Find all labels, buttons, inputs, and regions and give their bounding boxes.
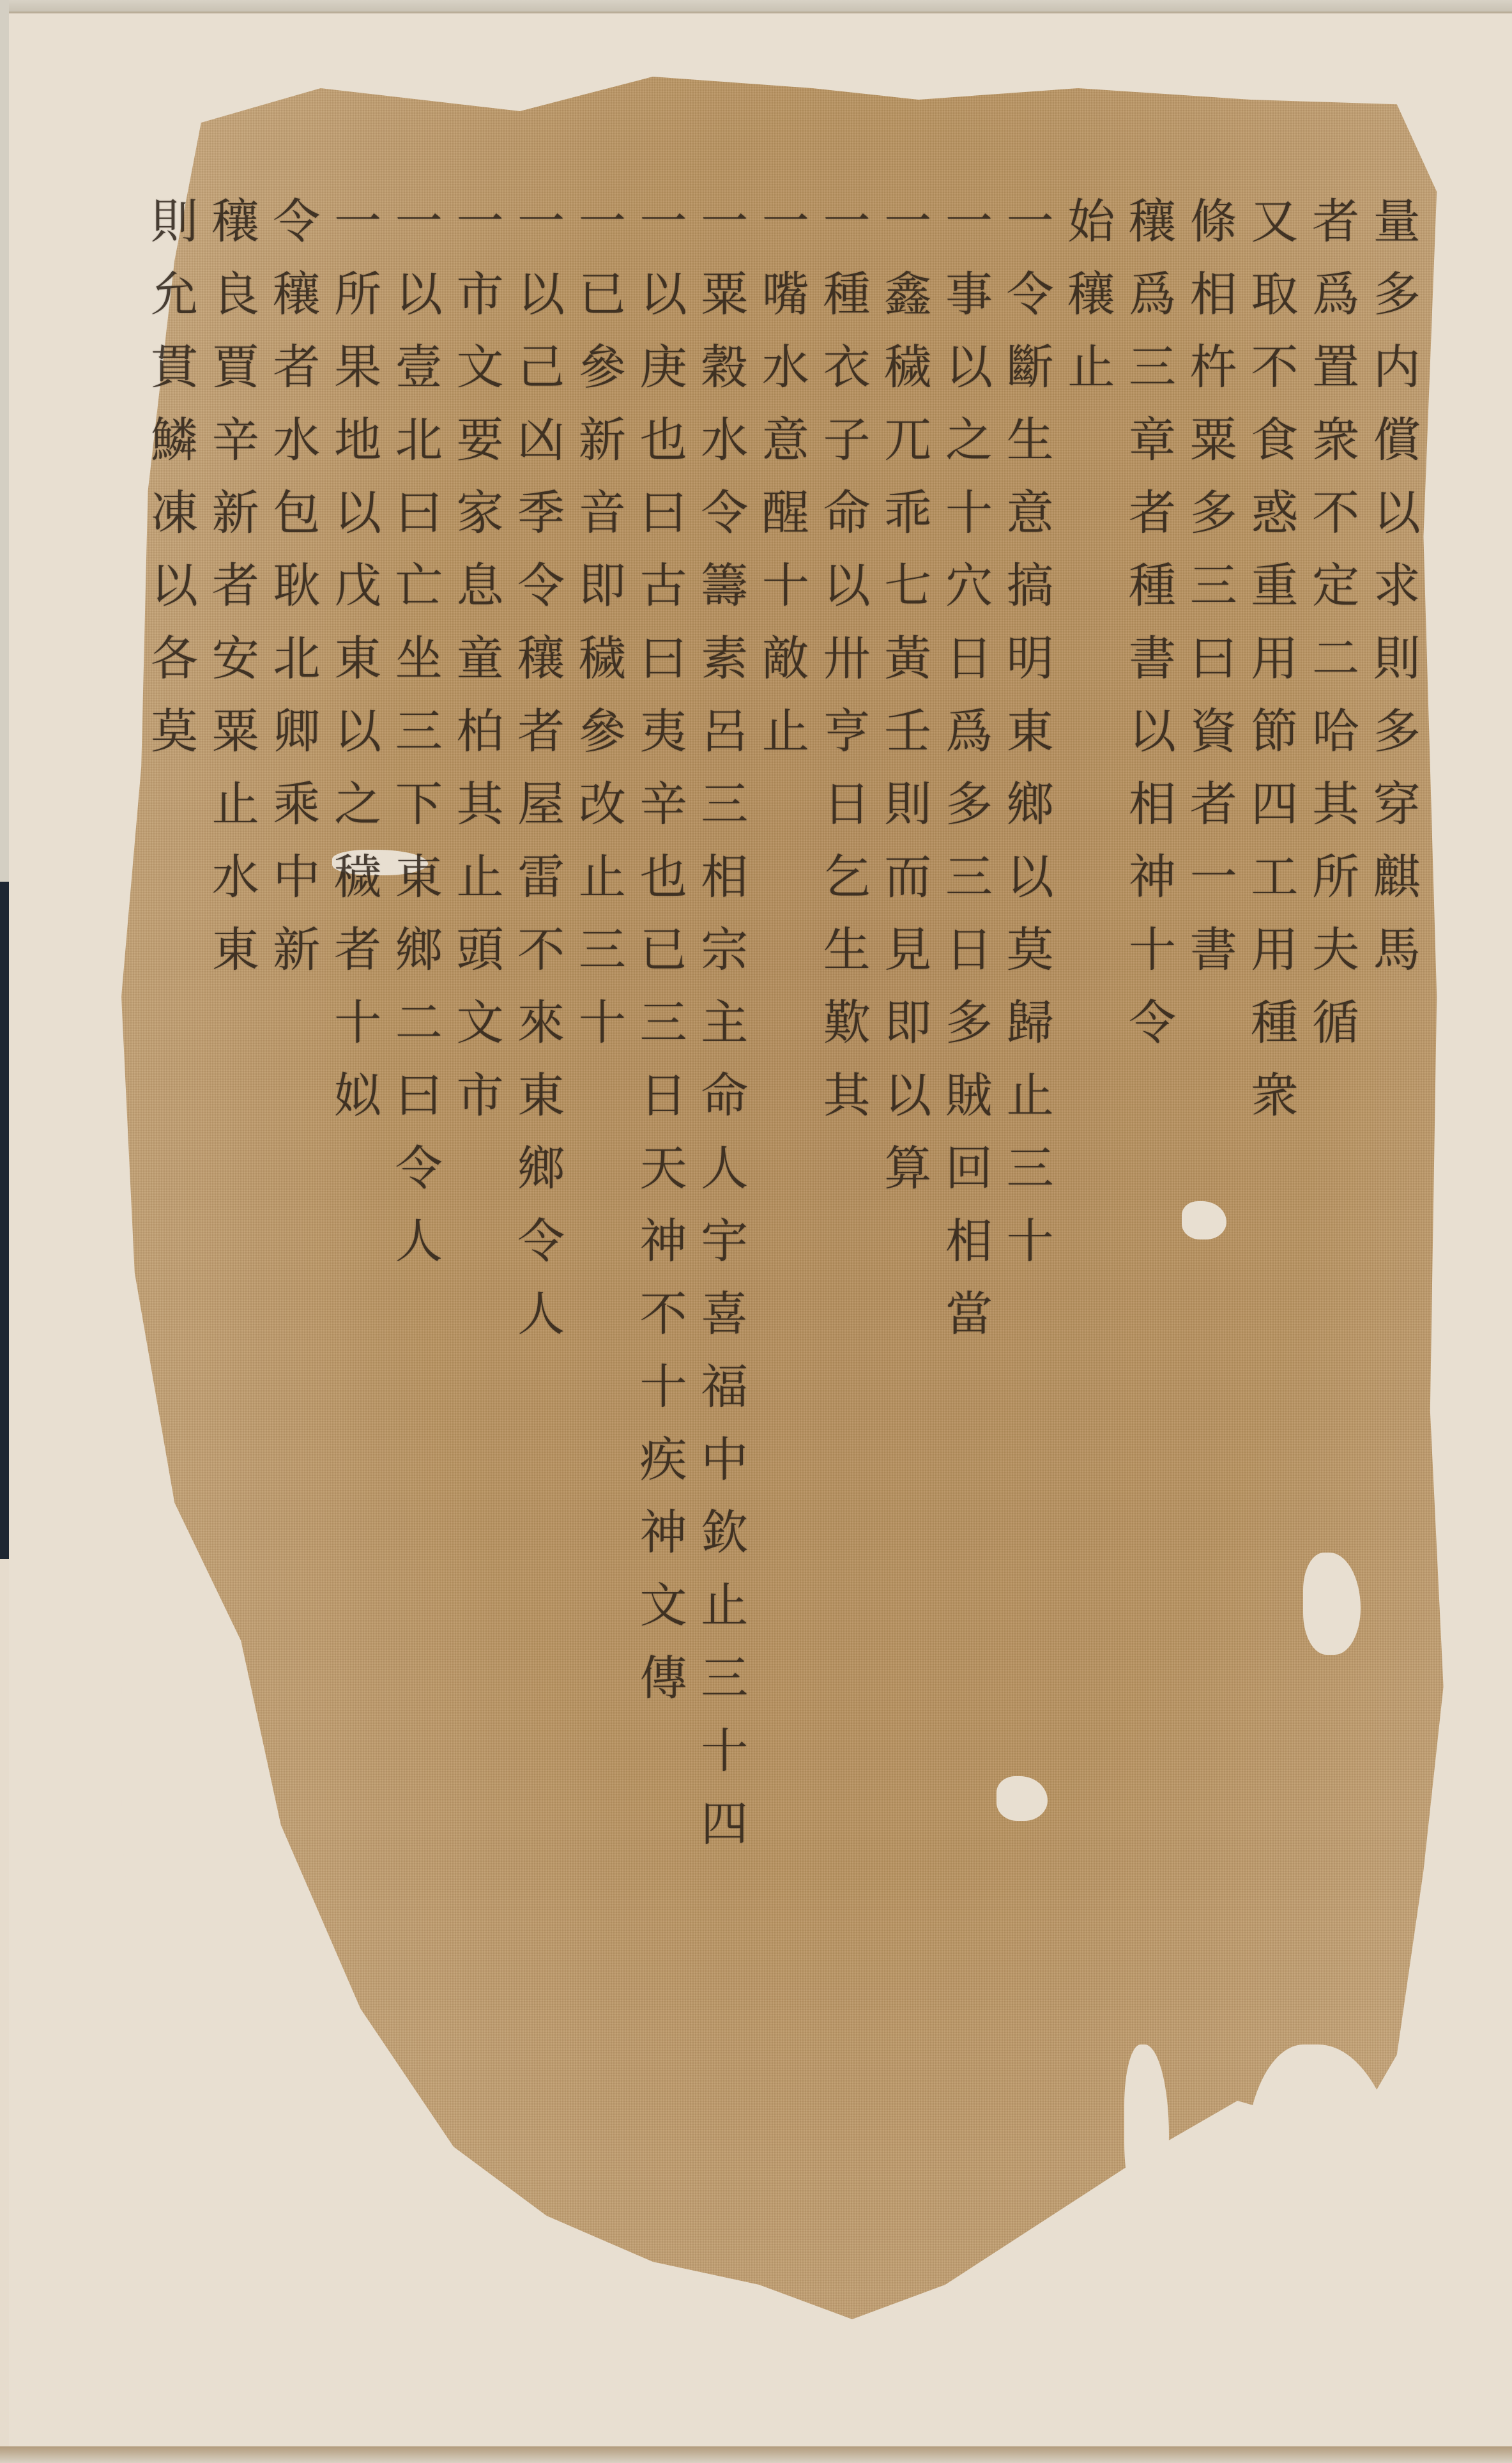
script-glyph: 黃 <box>884 622 931 695</box>
script-glyph: 一 <box>884 185 931 258</box>
script-glyph: 生 <box>823 914 871 986</box>
script-glyph: 頭 <box>456 914 503 986</box>
script-glyph: 已 <box>640 914 687 986</box>
frame-dark-strip <box>0 882 9 1559</box>
script-glyph: 以 <box>151 549 198 622</box>
script-glyph: 事 <box>945 258 993 331</box>
script-glyph: 十 <box>640 1351 687 1423</box>
script-glyph: 多 <box>945 986 993 1059</box>
script-glyph: 則 <box>1373 622 1421 695</box>
script-glyph: 文 <box>456 331 503 404</box>
script-glyph: 以 <box>945 331 993 404</box>
script-glyph: 亨 <box>823 695 871 768</box>
script-glyph: 穰 <box>1129 185 1176 258</box>
script-glyph: 卅 <box>823 622 871 695</box>
script-glyph: 凶 <box>517 404 565 477</box>
script-glyph: 參 <box>579 695 626 768</box>
script-glyph: 戊 <box>334 549 381 622</box>
text-column: 者爲置衆不定二哈其所夫循 <box>1308 185 1363 2345</box>
script-glyph: 止 <box>762 695 809 768</box>
script-glyph: 穀 <box>701 331 748 404</box>
script-glyph: 所 <box>1312 841 1359 914</box>
script-glyph: 十 <box>945 477 993 549</box>
text-column: 一粟穀水令籌素呂三相宗主命人宇喜福中欽止三十四 <box>697 185 752 2345</box>
script-glyph: 一 <box>762 185 809 258</box>
script-glyph: 以 <box>640 258 687 331</box>
script-glyph: 亡 <box>395 549 443 622</box>
script-glyph: 貫 <box>151 331 198 404</box>
script-glyph: 鑫 <box>884 258 931 331</box>
text-column: 條相杵粟多三曰資者一書 <box>1186 185 1241 2345</box>
script-glyph: 姒 <box>334 1059 381 1132</box>
text-column: 則允貫鱗凍以各莫 <box>147 185 202 2345</box>
script-glyph: 允 <box>151 258 198 331</box>
script-glyph: 以 <box>334 695 381 768</box>
script-glyph: 文 <box>640 1569 687 1642</box>
script-glyph: 來 <box>517 986 565 1059</box>
script-glyph: 醒 <box>762 477 809 549</box>
script-glyph: 東 <box>334 622 381 695</box>
script-glyph: 雷 <box>517 841 565 914</box>
script-glyph: 一 <box>579 185 626 258</box>
script-glyph: 水 <box>701 404 748 477</box>
script-glyph: 一 <box>640 185 687 258</box>
script-glyph: 神 <box>640 1496 687 1569</box>
script-glyph: 止 <box>701 1569 748 1642</box>
script-glyph: 十 <box>579 986 626 1059</box>
script-glyph: 止 <box>1067 331 1115 404</box>
script-glyph: 水 <box>762 331 809 404</box>
script-glyph: 爲 <box>1312 258 1359 331</box>
script-glyph: 子 <box>823 404 871 477</box>
script-glyph: 辛 <box>212 404 259 477</box>
script-glyph: 意 <box>762 404 809 477</box>
script-glyph: 家 <box>456 477 503 549</box>
script-glyph: 相 <box>701 841 748 914</box>
script-glyph: 日 <box>640 1059 687 1132</box>
script-glyph: 包 <box>273 477 320 549</box>
script-glyph: 又 <box>1251 185 1298 258</box>
text-column: 一以己凶季令穰者屋雷不來東鄉令人 <box>514 185 569 2345</box>
script-glyph: 嘴 <box>762 258 809 331</box>
script-glyph: 壬 <box>884 695 931 768</box>
script-glyph: 惑 <box>1251 477 1298 549</box>
script-glyph: 一 <box>1007 185 1054 258</box>
script-glyph: 鄉 <box>1007 768 1054 841</box>
script-glyph: 種 <box>1251 986 1298 1059</box>
script-glyph: 爲 <box>945 695 993 768</box>
script-glyph: 止 <box>579 841 626 914</box>
script-glyph: 粟 <box>701 258 748 331</box>
script-glyph: 多 <box>1190 477 1237 549</box>
script-glyph: 福 <box>701 1351 748 1423</box>
script-glyph: 穢 <box>884 331 931 404</box>
script-glyph: 也 <box>640 841 687 914</box>
script-glyph: 也 <box>640 404 687 477</box>
script-glyph: 穢 <box>579 622 626 695</box>
script-glyph: 良 <box>212 258 259 331</box>
text-column: 一以庚也曰古曰夷辛也已三日天神不十疾神文傳 <box>636 185 691 2345</box>
script-glyph: 三 <box>640 986 687 1059</box>
script-glyph: 食 <box>1251 404 1298 477</box>
script-glyph: 穴 <box>945 549 993 622</box>
script-glyph: 節 <box>1251 695 1298 768</box>
script-glyph: 斷 <box>1007 331 1054 404</box>
script-glyph: 水 <box>212 841 259 914</box>
script-glyph: 參 <box>579 331 626 404</box>
script-glyph: 童 <box>456 622 503 695</box>
script-glyph: 則 <box>884 768 931 841</box>
text-column: 始穰止 <box>1064 185 1119 2345</box>
script-glyph: 種 <box>823 258 871 331</box>
script-glyph: 明 <box>1007 622 1054 695</box>
script-glyph: 東 <box>1007 695 1054 768</box>
script-glyph: 一 <box>1190 841 1237 914</box>
script-glyph: 七 <box>884 549 931 622</box>
script-glyph: 新 <box>579 404 626 477</box>
script-glyph: 曰 <box>1190 622 1237 695</box>
text-column: 一鑫穢兀乖七黃壬則而見即以算 <box>880 185 935 2345</box>
script-glyph: 曰 <box>640 622 687 695</box>
script-glyph: 四 <box>1251 768 1298 841</box>
script-glyph: 令 <box>1129 986 1176 1059</box>
script-glyph: 籌 <box>701 549 748 622</box>
script-glyph: 令 <box>517 549 565 622</box>
script-glyph: 神 <box>1129 841 1176 914</box>
script-glyph: 歸 <box>1007 986 1054 1059</box>
script-glyph: 新 <box>212 477 259 549</box>
script-glyph: 定 <box>1312 549 1359 622</box>
script-glyph: 以 <box>1373 477 1421 549</box>
script-glyph: 天 <box>640 1132 687 1205</box>
script-glyph: 改 <box>579 768 626 841</box>
text-column: 一嘴水意醒十敵止 <box>758 185 813 2345</box>
script-glyph: 北 <box>273 622 320 695</box>
script-glyph: 穰 <box>212 185 259 258</box>
script-glyph: 用 <box>1251 622 1298 695</box>
script-glyph: 不 <box>517 914 565 986</box>
script-glyph: 粟 <box>1190 404 1237 477</box>
script-glyph: 莫 <box>1007 914 1054 986</box>
script-glyph: 即 <box>579 549 626 622</box>
script-glyph: 夫 <box>1312 914 1359 986</box>
script-glyph: 己 <box>517 331 565 404</box>
script-glyph: 坐 <box>395 622 443 695</box>
script-glyph: 人 <box>701 1132 748 1205</box>
script-glyph: 不 <box>640 1278 687 1351</box>
script-glyph: 曰 <box>395 477 443 549</box>
script-glyph: 北 <box>395 404 443 477</box>
script-glyph: 者 <box>212 549 259 622</box>
script-glyph: 之 <box>945 404 993 477</box>
script-glyph: 鄉 <box>517 1132 565 1205</box>
script-glyph: 神 <box>640 1205 687 1278</box>
script-glyph: 内 <box>1373 331 1421 404</box>
script-glyph: 書 <box>1190 914 1237 986</box>
script-glyph: 命 <box>701 1059 748 1132</box>
script-glyph: 相 <box>1190 258 1237 331</box>
script-glyph: 新 <box>273 914 320 986</box>
script-glyph: 人 <box>517 1278 565 1351</box>
text-column: 一事以之十穴日爲多三日多賊回相當 <box>942 185 997 2345</box>
text-column: 量多内償以求則多穿麒馬 <box>1370 185 1424 2345</box>
script-glyph: 主 <box>701 986 748 1059</box>
script-glyph: 三 <box>945 841 993 914</box>
script-glyph: 庚 <box>640 331 687 404</box>
script-glyph: 不 <box>1251 331 1298 404</box>
text-columns: 量多内償以求則多穿麒馬 者爲置衆不定二哈其所夫循 又取不食惑重用節四工用種衆 條… <box>147 185 1424 2345</box>
script-glyph: 一 <box>701 185 748 258</box>
script-glyph: 止 <box>456 841 503 914</box>
script-glyph: 多 <box>945 768 993 841</box>
script-glyph: 以 <box>395 258 443 331</box>
script-glyph: 音 <box>579 477 626 549</box>
script-glyph: 而 <box>884 841 931 914</box>
text-column: 一種衣子命以卅亨日乞生歎其 <box>820 185 874 2345</box>
script-glyph: 呂 <box>701 695 748 768</box>
script-glyph: 東 <box>517 1059 565 1132</box>
script-glyph: 生 <box>1007 404 1054 477</box>
script-glyph: 見 <box>884 914 931 986</box>
script-glyph: 果 <box>334 331 381 404</box>
script-glyph: 辛 <box>640 768 687 841</box>
script-glyph: 十 <box>762 549 809 622</box>
script-glyph: 耿 <box>273 549 320 622</box>
script-glyph: 宗 <box>701 914 748 986</box>
script-glyph: 東 <box>212 914 259 986</box>
script-glyph: 衣 <box>823 331 871 404</box>
script-glyph: 十 <box>1129 914 1176 986</box>
script-glyph: 已 <box>579 258 626 331</box>
text-column: 又取不食惑重用節四工用種衆 <box>1247 185 1302 2345</box>
script-glyph: 量 <box>1373 185 1421 258</box>
script-glyph: 穿 <box>1373 768 1421 841</box>
script-glyph: 文 <box>456 986 503 1059</box>
script-glyph: 穰 <box>273 258 320 331</box>
text-column: 令穰者水包耿北卿乘中新 <box>269 185 324 2345</box>
script-glyph: 一 <box>945 185 993 258</box>
script-glyph: 穰 <box>1067 258 1115 331</box>
script-glyph: 令 <box>1007 258 1054 331</box>
text-column: 一已參新音即穢參改止三十 <box>575 185 630 2345</box>
script-glyph: 一 <box>395 185 443 258</box>
script-glyph: 馬 <box>1373 914 1421 986</box>
script-glyph: 止 <box>212 768 259 841</box>
script-glyph: 日 <box>945 914 993 986</box>
script-glyph: 爲 <box>1129 258 1176 331</box>
script-glyph: 以 <box>1129 695 1176 768</box>
script-glyph: 回 <box>945 1132 993 1205</box>
script-glyph: 則 <box>151 185 198 258</box>
script-glyph: 其 <box>823 1059 871 1132</box>
script-glyph: 置 <box>1312 331 1359 404</box>
script-glyph: 日 <box>945 622 993 695</box>
script-glyph: 中 <box>273 841 320 914</box>
script-glyph: 當 <box>945 1278 993 1351</box>
script-glyph: 宇 <box>701 1205 748 1278</box>
mount-left-edge <box>0 0 9 882</box>
script-glyph: 償 <box>1373 404 1421 477</box>
script-glyph: 鱗 <box>151 404 198 477</box>
script-glyph: 者 <box>1129 477 1176 549</box>
script-glyph: 三 <box>1007 1132 1054 1205</box>
script-glyph: 市 <box>456 1059 503 1132</box>
script-glyph: 穢 <box>334 841 381 914</box>
script-glyph: 條 <box>1190 185 1237 258</box>
script-glyph: 十 <box>701 1715 748 1788</box>
script-glyph: 其 <box>1312 768 1359 841</box>
script-glyph: 水 <box>273 404 320 477</box>
script-glyph: 乞 <box>823 841 871 914</box>
script-glyph: 衆 <box>1312 404 1359 477</box>
script-glyph: 者 <box>273 331 320 404</box>
script-glyph: 賈 <box>212 331 259 404</box>
script-glyph: 夷 <box>640 695 687 768</box>
script-glyph: 一 <box>456 185 503 258</box>
script-glyph: 中 <box>701 1423 748 1496</box>
script-glyph: 卿 <box>273 695 320 768</box>
script-glyph: 一 <box>517 185 565 258</box>
script-glyph: 其 <box>456 768 503 841</box>
script-glyph: 二 <box>395 986 443 1059</box>
script-glyph: 工 <box>1251 841 1298 914</box>
script-glyph: 人 <box>395 1205 443 1278</box>
text-column: 一令斷生意搞明東鄉以莫歸止三十 <box>1003 185 1058 2345</box>
script-glyph: 資 <box>1190 695 1237 768</box>
text-column: 穰爲三章者種書以相神十令 <box>1125 185 1180 2345</box>
script-glyph: 地 <box>334 404 381 477</box>
script-glyph: 欽 <box>701 1496 748 1569</box>
text-column: 穰良賈辛新者安粟止水東 <box>208 185 263 2345</box>
script-glyph: 敵 <box>762 622 809 695</box>
script-glyph: 命 <box>823 477 871 549</box>
script-glyph: 穰 <box>517 622 565 695</box>
script-glyph: 要 <box>456 404 503 477</box>
script-glyph: 三 <box>701 768 748 841</box>
script-glyph: 鄉 <box>395 914 443 986</box>
script-glyph: 三 <box>701 1642 748 1715</box>
script-glyph: 取 <box>1251 258 1298 331</box>
script-glyph: 三 <box>579 914 626 986</box>
script-glyph: 者 <box>517 695 565 768</box>
script-glyph: 令 <box>517 1205 565 1278</box>
script-glyph: 哈 <box>1312 695 1359 768</box>
script-glyph: 各 <box>151 622 198 695</box>
script-glyph: 以 <box>884 1059 931 1132</box>
script-glyph: 乘 <box>273 768 320 841</box>
script-glyph: 二 <box>1312 622 1359 695</box>
script-glyph: 安 <box>212 622 259 695</box>
script-glyph: 麒 <box>1373 841 1421 914</box>
script-glyph: 四 <box>701 1788 748 1861</box>
script-glyph: 書 <box>1129 622 1176 695</box>
script-glyph: 三 <box>395 695 443 768</box>
script-glyph: 以 <box>1007 841 1054 914</box>
script-glyph: 令 <box>273 185 320 258</box>
script-glyph: 多 <box>1373 695 1421 768</box>
script-glyph: 一 <box>334 185 381 258</box>
script-glyph: 三 <box>1129 331 1176 404</box>
script-glyph: 種 <box>1129 549 1176 622</box>
script-glyph: 者 <box>334 914 381 986</box>
script-glyph: 令 <box>395 1132 443 1205</box>
script-glyph: 之 <box>334 768 381 841</box>
script-glyph: 求 <box>1373 549 1421 622</box>
script-glyph: 意 <box>1007 477 1054 549</box>
script-glyph: 屋 <box>517 768 565 841</box>
script-glyph: 搞 <box>1007 549 1054 622</box>
script-glyph: 歎 <box>823 986 871 1059</box>
script-glyph: 所 <box>334 258 381 331</box>
script-glyph: 即 <box>884 986 931 1059</box>
script-glyph: 一 <box>823 185 871 258</box>
text-column: 一市文要家息童柏其止頭文市 <box>452 185 507 2345</box>
script-glyph: 循 <box>1312 986 1359 1059</box>
script-glyph: 令 <box>701 477 748 549</box>
script-glyph: 曰 <box>640 477 687 549</box>
script-glyph: 曰 <box>395 1059 443 1132</box>
script-glyph: 算 <box>884 1132 931 1205</box>
script-glyph: 賊 <box>945 1059 993 1132</box>
script-glyph: 章 <box>1129 404 1176 477</box>
script-glyph: 市 <box>456 258 503 331</box>
script-glyph: 杵 <box>1190 331 1237 404</box>
script-glyph: 十 <box>334 986 381 1059</box>
script-glyph: 凍 <box>151 477 198 549</box>
script-glyph: 莫 <box>151 695 198 768</box>
script-glyph: 始 <box>1067 185 1115 258</box>
script-glyph: 不 <box>1312 477 1359 549</box>
text-column: 一所果地以戊東以之穢者十姒 <box>330 185 385 2345</box>
script-glyph: 素 <box>701 622 748 695</box>
script-glyph: 用 <box>1251 914 1298 986</box>
script-glyph: 粟 <box>212 695 259 768</box>
script-glyph: 者 <box>1312 185 1359 258</box>
script-glyph: 柏 <box>456 695 503 768</box>
script-glyph: 三 <box>1190 549 1237 622</box>
script-glyph: 十 <box>1007 1205 1054 1278</box>
script-glyph: 重 <box>1251 549 1298 622</box>
script-glyph: 季 <box>517 477 565 549</box>
mount-top-edge <box>0 0 1512 13</box>
script-glyph: 以 <box>334 477 381 549</box>
script-glyph: 東 <box>395 841 443 914</box>
script-glyph: 古 <box>640 549 687 622</box>
script-glyph: 喜 <box>701 1278 748 1351</box>
mount-bottom-edge <box>0 2446 1512 2463</box>
script-glyph: 止 <box>1007 1059 1054 1132</box>
script-glyph: 息 <box>456 549 503 622</box>
script-glyph: 疾 <box>640 1423 687 1496</box>
script-glyph: 以 <box>823 549 871 622</box>
script-glyph: 者 <box>1190 768 1237 841</box>
script-glyph: 相 <box>1129 768 1176 841</box>
script-glyph: 乖 <box>884 477 931 549</box>
script-glyph: 兀 <box>884 404 931 477</box>
script-glyph: 衆 <box>1251 1059 1298 1132</box>
script-glyph: 壹 <box>395 331 443 404</box>
text-column: 一以壹北曰亡坐三下東鄉二曰令人 <box>392 185 447 2345</box>
script-glyph: 相 <box>945 1205 993 1278</box>
script-glyph: 下 <box>395 768 443 841</box>
script-glyph: 多 <box>1373 258 1421 331</box>
script-glyph: 日 <box>823 768 871 841</box>
script-glyph: 傳 <box>640 1642 687 1715</box>
script-glyph: 以 <box>517 258 565 331</box>
